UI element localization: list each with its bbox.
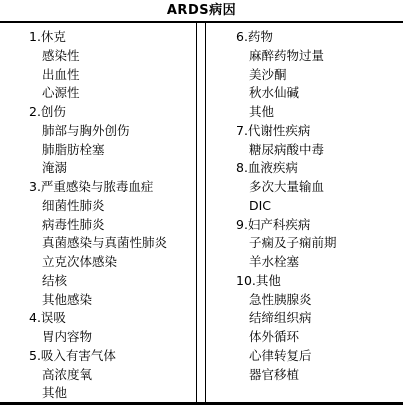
cause-category: 9.妇产科疾病 [236, 216, 401, 235]
left-column: 1.休克感染性出血性心源性2.创伤肺部与胸外创伤肺脂肪栓塞淹溺3.严重感染与脓毒… [29, 28, 194, 403]
cause-item: 急性胰腺炎 [236, 291, 401, 310]
cause-item: 器官移植 [236, 366, 401, 385]
column-divider-right [205, 23, 206, 402]
right-column: 6.药物麻醉药物过量美沙酮秋水仙碱其他7.代谢性疾病糖尿病酸中毒8.血液疾病多次… [236, 28, 401, 384]
cause-item: 秋水仙碱 [236, 84, 401, 103]
cause-category: 4.误吸 [29, 309, 194, 328]
cause-item: 糖尿病酸中毒 [236, 141, 401, 160]
cause-item: 出血性 [29, 66, 194, 85]
cause-category: 3.严重感染与脓毒血症 [29, 178, 194, 197]
cause-category: 8.血液疾病 [236, 159, 401, 178]
cause-item: 子痫及子痫前期 [236, 234, 401, 253]
cause-item: 立克次体感染 [29, 253, 194, 272]
cause-item: 心源性 [29, 84, 194, 103]
cause-item: 美沙酮 [236, 66, 401, 85]
cause-category: 6.药物 [236, 28, 401, 47]
cause-item: 胃内容物 [29, 328, 194, 347]
cause-item: 心律转复后 [236, 347, 401, 366]
cause-item: 结核 [29, 272, 194, 291]
cause-category: 7.代谢性疾病 [236, 122, 401, 141]
cause-category: 2.创伤 [29, 103, 194, 122]
cause-item: 羊水栓塞 [236, 253, 401, 272]
cause-category: 1.休克 [29, 28, 194, 47]
cause-item: 多次大量输血 [236, 178, 401, 197]
cause-item: DIC [236, 197, 401, 216]
cause-item: 体外循环 [236, 328, 401, 347]
cause-category: 5.吸入有害气体 [29, 347, 194, 366]
cause-item: 其他 [29, 384, 194, 403]
cause-item: 真菌感染与真菌性肺炎 [29, 234, 194, 253]
column-divider-left [196, 23, 197, 402]
top-rule [0, 21, 403, 23]
cause-item: 淹溺 [29, 159, 194, 178]
cause-item: 病毒性肺炎 [29, 216, 194, 235]
cause-item: 高浓度氧 [29, 366, 194, 385]
cause-item: 麻醉药物过量 [236, 47, 401, 66]
cause-item: 其他 [236, 103, 401, 122]
cause-item: 细菌性肺炎 [29, 197, 194, 216]
cause-item: 其他感染 [29, 291, 194, 310]
cause-item: 肺脂肪栓塞 [29, 141, 194, 160]
cause-item: 结缔组织病 [236, 309, 401, 328]
cause-item: 肺部与胸外创伤 [29, 122, 194, 141]
table-title: ARDS病因 [0, 3, 403, 19]
cause-category: 10.其他 [236, 272, 401, 291]
cause-item: 感染性 [29, 47, 194, 66]
